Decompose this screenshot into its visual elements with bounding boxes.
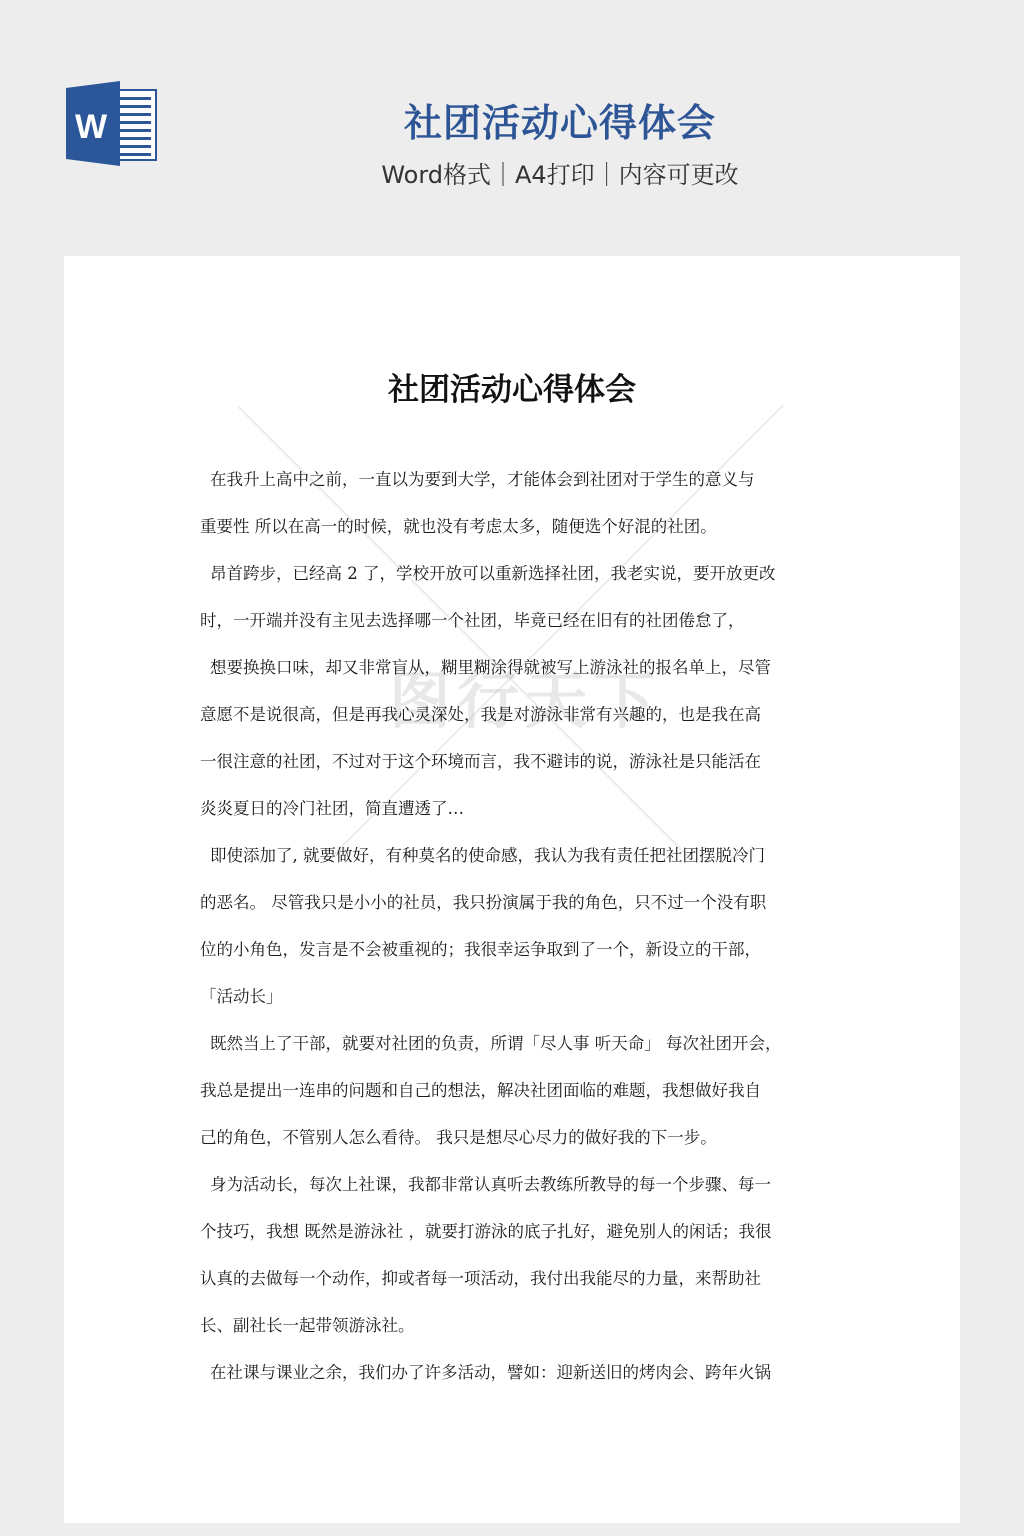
body-line: 身为活动长，每次上社课，我都非常认真听去教练所教导的每一个步骤、每一 (200, 1173, 828, 1220)
body-line: 炎炎夏日的冷门社团，简直遭透了… (200, 797, 828, 844)
body-line: 我总是提出一连串的问题和自己的想法，解决社团面临的难题，我想做好我自 (200, 1079, 828, 1126)
body-line: 时，一开端并没有主见去选择哪一个社团，毕竟已经在旧有的社团倦怠了， (200, 609, 828, 656)
body-line: 既然当上了干部，就要对社团的负责，所谓「尽人事 听天命」 每次社团开会， (200, 1032, 828, 1079)
body-line: 的恶名。 尽管我只是小小的社员，我只扮演属于我的角色，只不过一个没有职 (200, 891, 828, 938)
document-title: 社团活动心得体会 (64, 364, 960, 409)
body-line: 「活动长」 (200, 985, 828, 1032)
body-line: 个技巧，我想 既然是游泳社 ，就要打游泳的底子扎好，避免别人的闲话；我很 (200, 1220, 828, 1267)
document-body: 在我升上高中之前，一直以为要到大学，才能体会到社团对于学生的意义与 重要性 所以… (200, 468, 828, 1408)
header-subtitle: Word格式｜A4打印｜内容可更改 (300, 155, 820, 190)
body-line: 昂首跨步，已经高 2 了，学校开放可以重新选择社团，我老实说，要开放更改 (200, 562, 828, 609)
body-line: 重要性 所以在高一的时候，就也没有考虑太多，随便选个好混的社团。 (200, 515, 828, 562)
body-line: 想要换换口味，却又非常盲从，糊里糊涂得就被写上游泳社的报名单上，尽管 (200, 656, 828, 703)
body-line: 即使添加了, 就要做好，有种莫名的使命感，我认为我有责任把社团摆脱冷门 (200, 844, 828, 891)
body-line: 己的角色，不管别人怎么看待。 我只是想尽心尽力的做好我的下一步。 (200, 1126, 828, 1173)
svg-text:W: W (75, 108, 108, 146)
document-page: 图行天下 社团活动心得体会 在我升上高中之前，一直以为要到大学，才能体会到社团对… (64, 256, 960, 1523)
body-line: 位的小角色，发言是不会被重视的；我很幸运争取到了一个，新设立的干部， (200, 938, 828, 985)
body-line: 长、副社长一起带领游泳社。 (200, 1314, 828, 1361)
header-title: 社团活动心得体会 (300, 92, 820, 147)
word-document-icon: W (64, 80, 158, 168)
body-line: 在社课与课业之余，我们办了许多活动，譬如：迎新送旧的烤肉会、跨年火锅 (200, 1361, 828, 1408)
body-line: 在我升上高中之前，一直以为要到大学，才能体会到社团对于学生的意义与 (200, 468, 828, 515)
body-line: 认真的去做每一个动作，抑或者每一项活动，我付出我能尽的力量，来帮助社 (200, 1267, 828, 1314)
body-line: 意愿不是说很高，但是再我心灵深处，我是对游泳非常有兴趣的，也是我在高 (200, 703, 828, 750)
body-line: 一很注意的社团，不过对于这个环境而言，我不避讳的说，游泳社是只能活在 (200, 750, 828, 797)
